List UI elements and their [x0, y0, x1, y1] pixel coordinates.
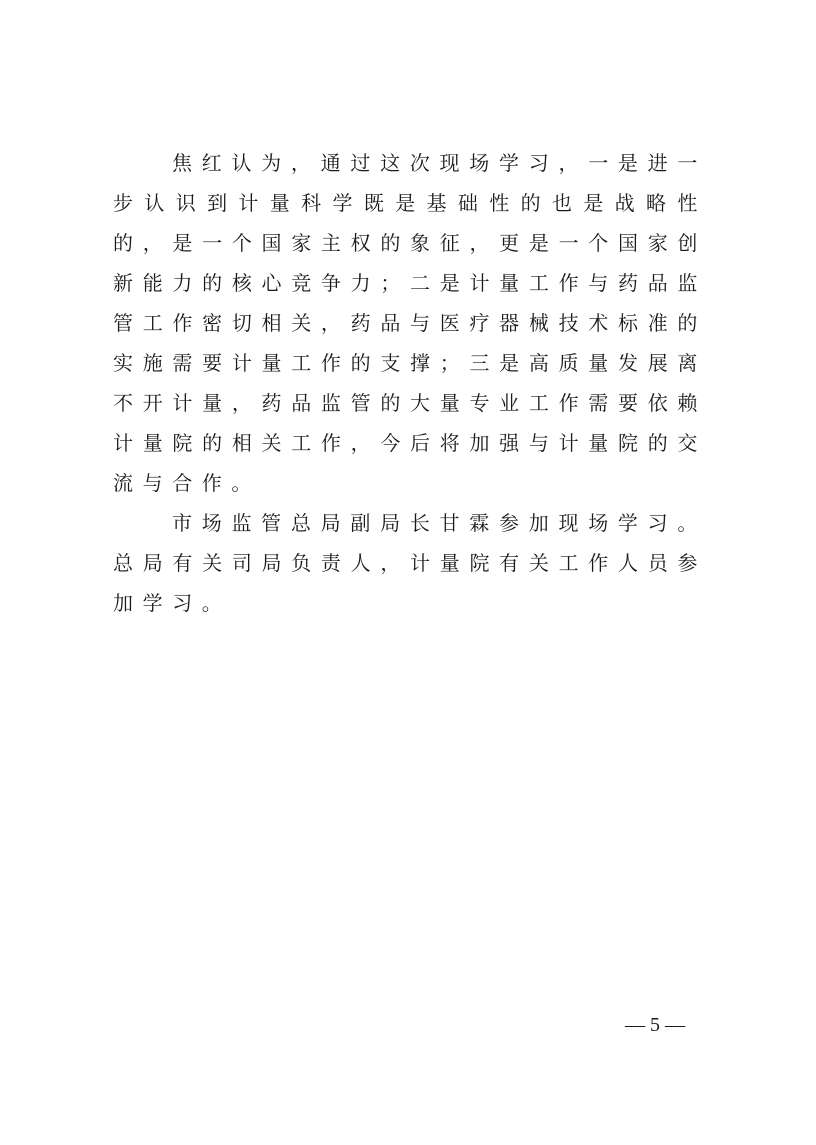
page-number: — 5 —: [620, 1014, 690, 1037]
paragraph-attendees: 市场监管总局副局长甘霖参加现场学习。总局有关司局负责人，计量院有关工作人员参加学…: [113, 503, 707, 623]
paragraph-jiao-hong-remarks: 焦红认为，通过这次现场学习，一是进一步认识到计量科学既是基础性的也是战略性的，是…: [113, 143, 707, 503]
body-text: 焦红认为，通过这次现场学习，一是进一步认识到计量科学既是基础性的也是战略性的，是…: [113, 143, 707, 623]
document-page: 焦红认为，通过这次现场学习，一是进一步认识到计量科学既是基础性的也是战略性的，是…: [0, 0, 816, 1145]
